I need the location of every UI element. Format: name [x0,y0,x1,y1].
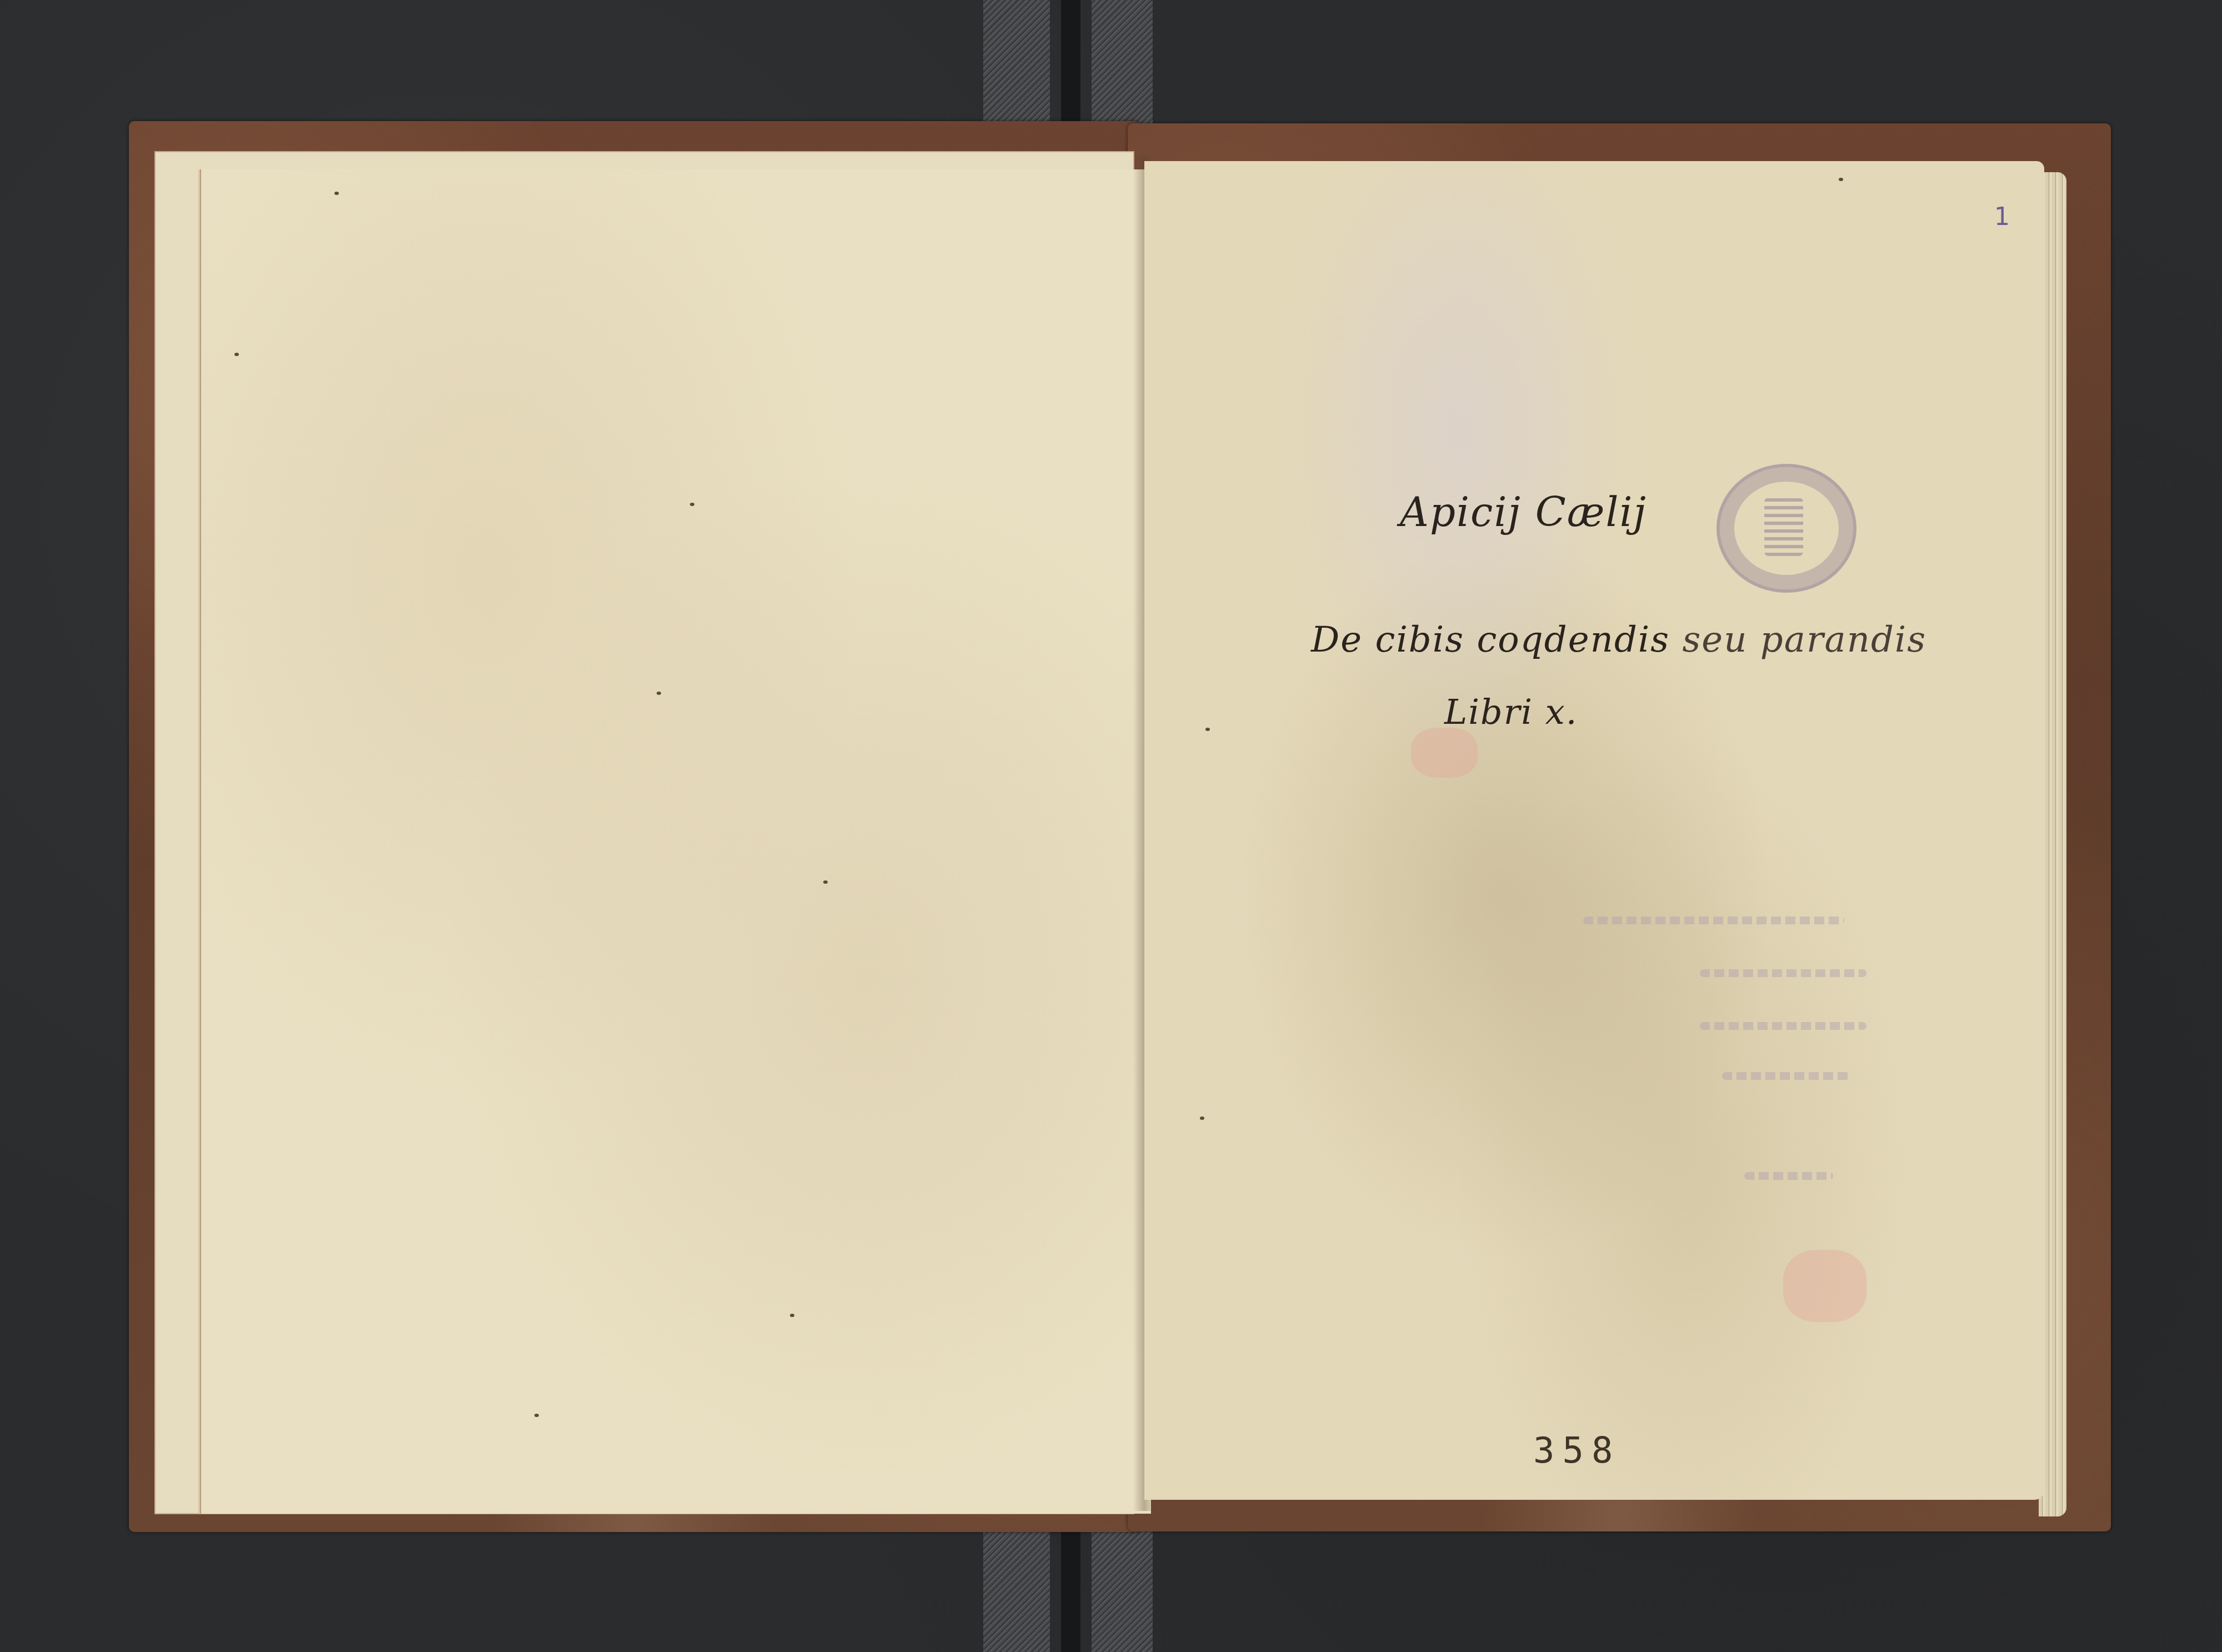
title-subject-addition: seu parandis [1683,619,1927,660]
show-through-text [1744,1172,1833,1180]
paper-speck [234,353,239,356]
paper-speck [534,1414,539,1417]
right-page [1144,161,2044,1500]
paper-speck [1205,728,1210,731]
folio-number: 1 [1994,203,2010,231]
title-books: Libri x. [1444,692,1578,732]
paper-speck [690,503,694,506]
paper-speck [1839,178,1843,181]
paper-speck [657,692,661,695]
title-subject: De cibis coqdendis seu parandis [1311,619,1926,660]
stain [1783,1250,1866,1322]
left-page [200,169,1151,1514]
shelfmark: 358 [1533,1430,1621,1471]
paper-speck [823,880,828,884]
show-through-text [1700,969,1866,977]
show-through-text [1700,1022,1866,1030]
paper-speck [1200,1117,1204,1120]
stain [1411,728,1478,778]
show-through-text [1722,1072,1850,1080]
show-through-text [1583,917,1844,924]
paper-speck [790,1314,794,1317]
title-subject-main: De cibis coqdendis [1311,619,1670,660]
stamp-emblem [1764,498,1803,556]
title-author: Apicij Cælij [1400,489,1647,535]
library-stamp [1716,464,1856,593]
paper-speck [334,192,339,195]
